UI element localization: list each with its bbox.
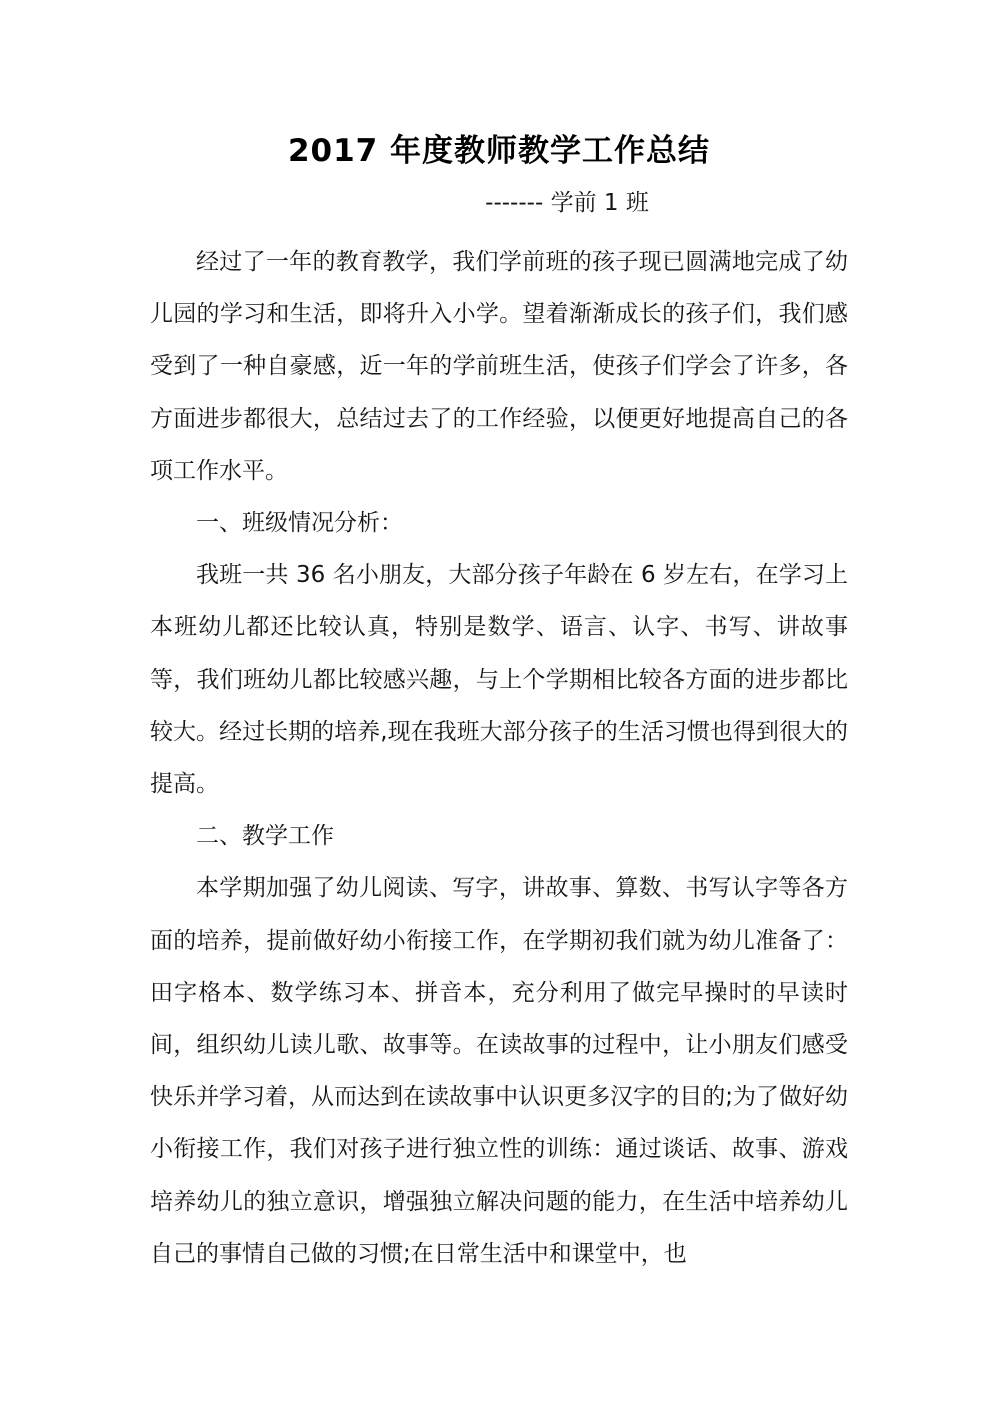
document-body: 经过了一年的教育教学，我们学前班的孩子现已圆满地完成了幼儿园的学习和生活，即将升… bbox=[150, 236, 848, 1280]
document-title: 2017 年度教师教学工作总结 bbox=[150, 126, 848, 176]
section-heading-teaching-work: 二、教学工作 bbox=[150, 810, 848, 862]
section-heading-class-analysis: 一、班级情况分析： bbox=[150, 497, 848, 549]
paragraph-intro: 经过了一年的教育教学，我们学前班的孩子现已圆满地完成了幼儿园的学习和生活，即将升… bbox=[150, 236, 848, 497]
paragraph-teaching-work: 本学期加强了幼儿阅读、写字，讲故事、算数、书写认字等各方面的培养，提前做好幼小衔… bbox=[150, 862, 848, 1280]
paragraph-class-analysis: 我班一共 36 名小朋友，大部分孩子年龄在 6 岁左右，在学习上本班幼儿都还比较… bbox=[150, 549, 848, 810]
document-page: 2017 年度教师教学工作总结 ------- 学前 1 班 经过了一年的教育教… bbox=[0, 0, 1000, 1415]
document-subtitle: ------- 学前 1 班 bbox=[218, 182, 916, 224]
